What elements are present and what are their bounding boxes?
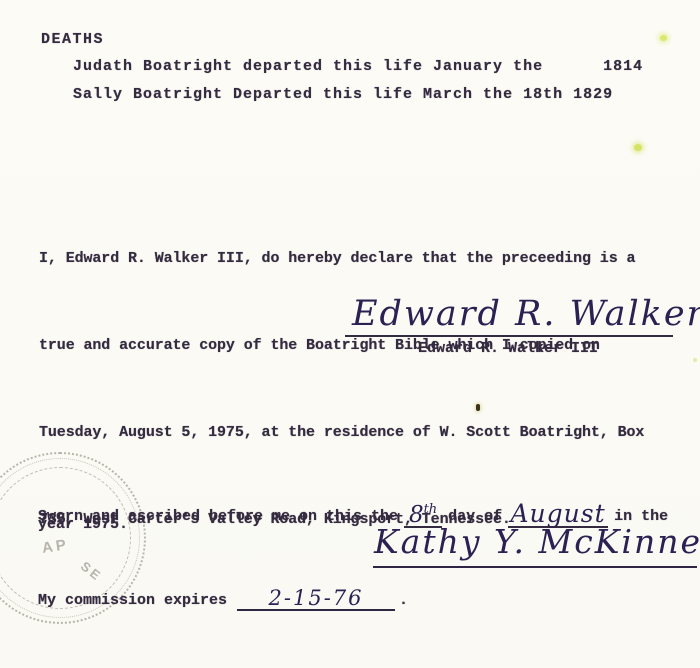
handwritten-commission-date: 2-15-76 [269, 586, 364, 610]
death-entry-judath: Judath Boatright departed this life Janu… [73, 58, 643, 75]
section-heading-deaths: DEATHS [41, 31, 104, 48]
year-line: year 1975. [38, 516, 128, 533]
signature-script-name: Edward R. Walker [352, 294, 700, 334]
scan-speck [660, 35, 667, 41]
commission-date-field: 2-15-76 [237, 585, 395, 611]
commission-period: . [399, 592, 408, 609]
commission-label: My commission expires [38, 592, 227, 609]
handwritten-day-ordinal: th [424, 502, 438, 517]
death-entry-sally: Sally Boatright Departed this life March… [73, 86, 613, 103]
scan-speck [634, 144, 642, 151]
scan-speck [693, 358, 697, 362]
commission-expiry-line: My commission expires 2-15-76 . [38, 585, 408, 611]
declaration-line-1: I, Edward R. Walker III, do hereby decla… [39, 244, 644, 273]
scanned-document-page: DEATHS Judath Boatright departed this li… [0, 0, 700, 668]
declaration-line-3: Tuesday, August 5, 1975, at the residenc… [39, 418, 644, 447]
handwritten-signature-edward: Edward R. WalkerIII [352, 292, 700, 334]
typed-signature-name: Edward R. Walker III [418, 340, 598, 357]
handwritten-signature-notary: Kathy Y. McKinney [374, 522, 700, 561]
